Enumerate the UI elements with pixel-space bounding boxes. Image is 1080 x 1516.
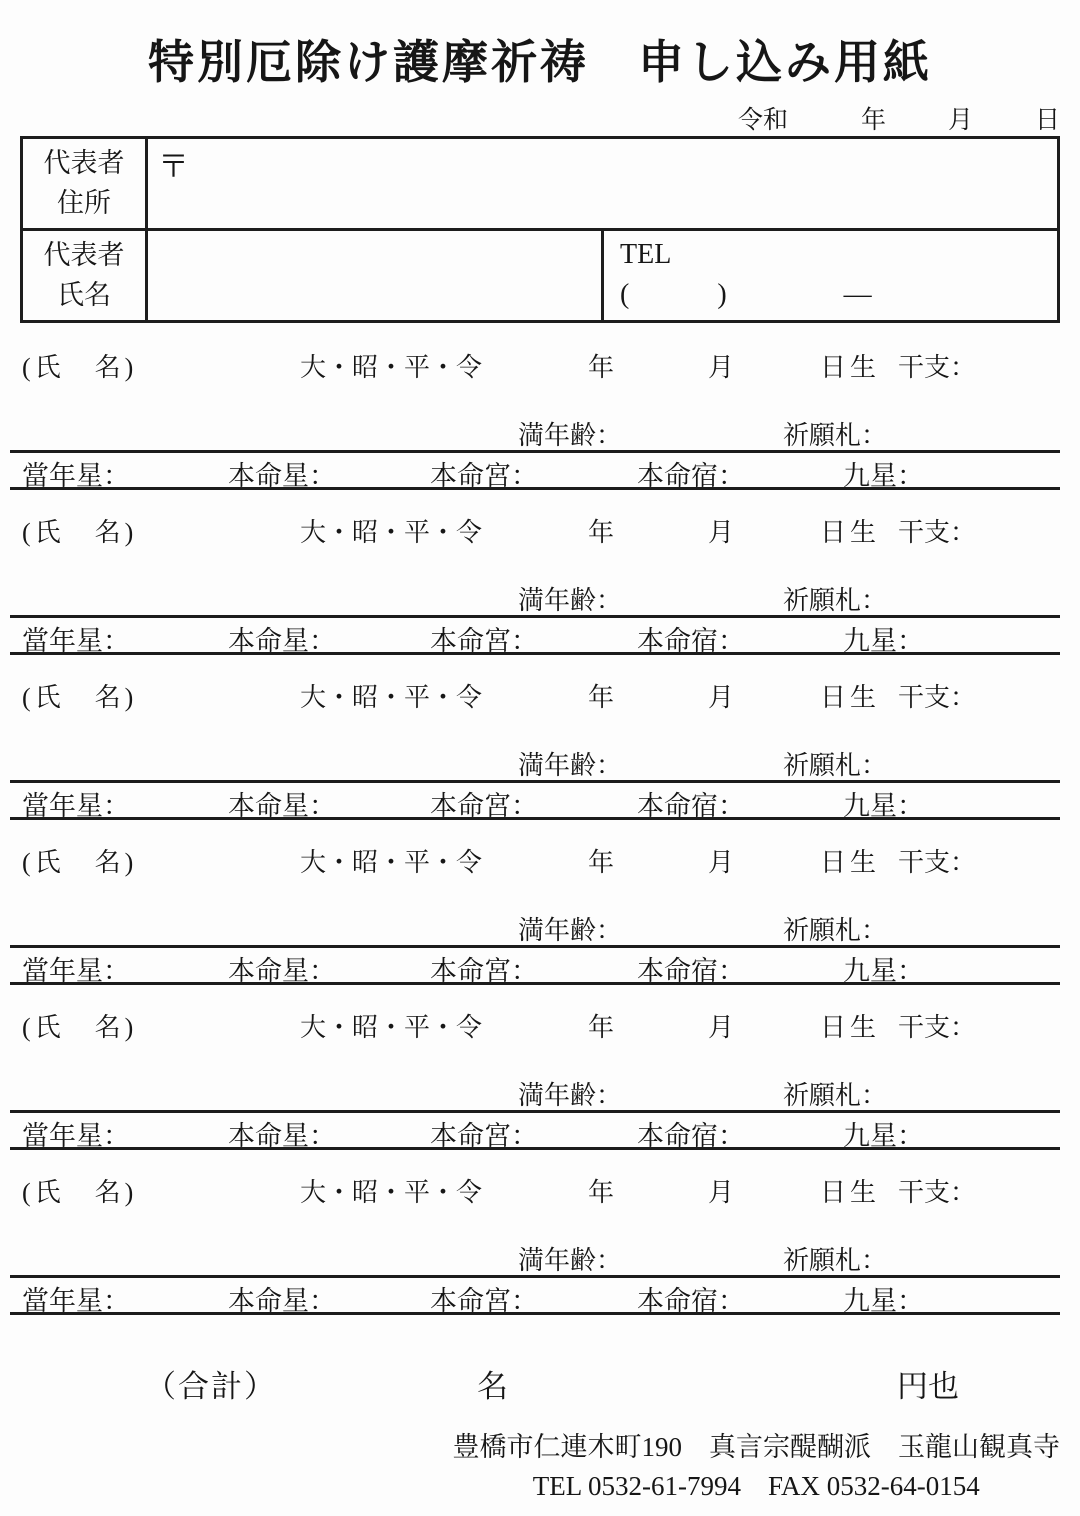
name-field-label: (氏 名) (22, 1007, 137, 1044)
era-options: 大・昭・平・令 (300, 512, 482, 549)
zodiac-label: 干支： (898, 512, 976, 549)
day-label: 日 (1035, 100, 1060, 136)
birth-month-label: 月 (708, 512, 734, 549)
name-row: (氏 名) 大・昭・平・令 年 月 日生 干支： (0, 512, 1080, 548)
form-title: 特別厄除け護摩祈祷 申し込み用紙 (0, 0, 1080, 92)
name-field-label: (氏 名) (22, 512, 137, 549)
star-row: 當年星： 本命星： 本命宮： 本命宿： 九星： (0, 784, 1080, 820)
application-form-page: 特別厄除け護摩祈祷 申し込み用紙 令和 年 月 日 代表者 住所 〒 代表者 氏… (0, 0, 1080, 1516)
talisman-label: 祈願札： (783, 580, 887, 617)
birth-day-label: 日生 (820, 1007, 880, 1044)
divider-line (10, 1275, 1060, 1278)
birth-month-label: 月 (708, 1172, 734, 1209)
star-row: 當年星： 本命星： 本命宮： 本命宿： 九星： (0, 949, 1080, 985)
full-age-label: 満年齢： (518, 910, 622, 947)
birth-year-label: 年 (588, 1172, 614, 1209)
zodiac-label: 干支： (898, 347, 976, 384)
age-row: 満年齢： 祈願札： (0, 910, 1080, 946)
divider-line (10, 1312, 1060, 1315)
birth-month-label: 月 (708, 842, 734, 879)
age-row: 満年齢： 祈願札： (0, 1240, 1080, 1276)
full-age-label: 満年齢： (518, 415, 622, 452)
member-entry-block-2: (氏 名) 大・昭・平・令 年 月 日生 干支： 満年齢： 祈願札： 當年星： … (0, 502, 1080, 667)
representative-name-field (147, 229, 603, 321)
name-field-label: (氏 名) (22, 347, 137, 384)
name-field-label: (氏 名) (22, 1172, 137, 1209)
temple-footer: 豊橋市仁連木町190 真言宗醍醐派 玉龍山観真寺 TEL 0532-61-799… (453, 1428, 1061, 1506)
member-entry-block-4: (氏 名) 大・昭・平・令 年 月 日生 干支： 満年齢： 祈願札： 當年星： … (0, 832, 1080, 997)
member-entry-block-1: (氏 名) 大・昭・平・令 年 月 日生 干支： 満年齢： 祈願札： 當年星： … (0, 337, 1080, 502)
era-options: 大・昭・平・令 (300, 1007, 482, 1044)
full-age-label: 満年齢： (518, 1240, 622, 1277)
zodiac-label: 干支： (898, 842, 976, 879)
member-entry-block-6: (氏 名) 大・昭・平・令 年 月 日生 干支： 満年齢： 祈願札： 當年星： … (0, 1162, 1080, 1327)
representative-name-row: 代表者 氏名 TEL ( ) ― (22, 229, 1059, 321)
amount-unit: 円也 (897, 1361, 959, 1406)
total-row: （合計） 名 円也 (0, 1347, 1080, 1427)
era-label: 令和 (738, 100, 788, 136)
full-age-label: 満年齢： (518, 745, 622, 782)
talisman-label: 祈願札： (783, 1075, 887, 1112)
birth-day-label: 日生 (820, 1172, 880, 1209)
date-line: 令和 年 月 日 (0, 96, 1080, 136)
divider-line (10, 652, 1060, 655)
member-entry-block-5: (氏 名) 大・昭・平・令 年 月 日生 干支： 満年齢： 祈願札： 當年星： … (0, 997, 1080, 1162)
temple-address: 豊橋市仁連木町190 真言宗醍醐派 玉龍山観真寺 (453, 1428, 1061, 1467)
name-row: (氏 名) 大・昭・平・令 年 月 日生 干支： (0, 1172, 1080, 1208)
divider-line (10, 817, 1060, 820)
age-row: 満年齢： 祈願札： (0, 745, 1080, 781)
birth-year-label: 年 (588, 347, 614, 384)
zodiac-label: 干支： (898, 1172, 976, 1209)
era-options: 大・昭・平・令 (300, 677, 482, 714)
birth-year-label: 年 (588, 677, 614, 714)
tel-label: TEL (620, 235, 1041, 276)
representative-name-label: 代表者 氏名 (22, 229, 147, 321)
divider-line (10, 780, 1060, 783)
member-entry-block-3: (氏 名) 大・昭・平・令 年 月 日生 干支： 満年齢： 祈願札： 當年星： … (0, 667, 1080, 832)
person-count-unit: 名 (477, 1361, 508, 1406)
full-age-label: 満年齢： (518, 580, 622, 617)
divider-line (10, 450, 1060, 453)
temple-tel-fax: TEL 0532-61-7994 FAX 0532-64-0154 (453, 1467, 1061, 1506)
birth-month-label: 月 (708, 347, 734, 384)
representative-tel-field: TEL ( ) ― (603, 229, 1059, 321)
era-options: 大・昭・平・令 (300, 347, 482, 384)
talisman-label: 祈願札： (783, 910, 887, 947)
month-label: 月 (948, 100, 973, 136)
talisman-label: 祈願札： (783, 1240, 887, 1277)
age-row: 満年齢： 祈願札： (0, 580, 1080, 616)
birth-month-label: 月 (708, 1007, 734, 1044)
birth-day-label: 日生 (820, 347, 880, 384)
zodiac-label: 干支： (898, 1007, 976, 1044)
birth-day-label: 日生 (820, 512, 880, 549)
total-label: （合計） (145, 1361, 277, 1406)
age-row: 満年齢： 祈願札： (0, 415, 1080, 451)
birth-month-label: 月 (708, 677, 734, 714)
divider-line (10, 1110, 1060, 1113)
postal-mark-icon: 〒 (158, 149, 189, 184)
name-row: (氏 名) 大・昭・平・令 年 月 日生 干支： (0, 347, 1080, 383)
year-label: 年 (861, 100, 886, 136)
age-row: 満年齢： 祈願札： (0, 1075, 1080, 1111)
divider-line (10, 945, 1060, 948)
tel-value-line: ( ) ― (620, 275, 1041, 316)
name-row: (氏 名) 大・昭・平・令 年 月 日生 干支： (0, 1007, 1080, 1043)
birth-year-label: 年 (588, 512, 614, 549)
name-row: (氏 名) 大・昭・平・令 年 月 日生 干支： (0, 677, 1080, 713)
divider-line (10, 615, 1060, 618)
representative-address-field: 〒 (147, 137, 1059, 229)
era-options: 大・昭・平・令 (300, 842, 482, 879)
birth-day-label: 日生 (820, 842, 880, 879)
divider-line (10, 487, 1060, 490)
representative-address-row: 代表者 住所 〒 (22, 137, 1059, 229)
star-row: 當年星： 本命星： 本命宮： 本命宿： 九星： (0, 1114, 1080, 1150)
era-options: 大・昭・平・令 (300, 1172, 482, 1209)
member-blocks: (氏 名) 大・昭・平・令 年 月 日生 干支： 満年齢： 祈願札： 當年星： … (0, 337, 1080, 1327)
representative-table: 代表者 住所 〒 代表者 氏名 TEL ( ) ― (20, 136, 1060, 323)
star-row: 當年星： 本命星： 本命宮： 本命宿： 九星： (0, 1279, 1080, 1315)
divider-line (10, 982, 1060, 985)
full-age-label: 満年齢： (518, 1075, 622, 1112)
zodiac-label: 干支： (898, 677, 976, 714)
name-row: (氏 名) 大・昭・平・令 年 月 日生 干支： (0, 842, 1080, 878)
talisman-label: 祈願札： (783, 415, 887, 452)
birth-year-label: 年 (588, 1007, 614, 1044)
name-field-label: (氏 名) (22, 842, 137, 879)
birth-year-label: 年 (588, 842, 614, 879)
name-field-label: (氏 名) (22, 677, 137, 714)
star-row: 當年星： 本命星： 本命宮： 本命宿： 九星： (0, 619, 1080, 655)
star-row: 當年星： 本命星： 本命宮： 本命宿： 九星： (0, 454, 1080, 490)
birth-day-label: 日生 (820, 677, 880, 714)
representative-address-label: 代表者 住所 (22, 137, 147, 229)
talisman-label: 祈願札： (783, 745, 887, 782)
divider-line (10, 1147, 1060, 1150)
